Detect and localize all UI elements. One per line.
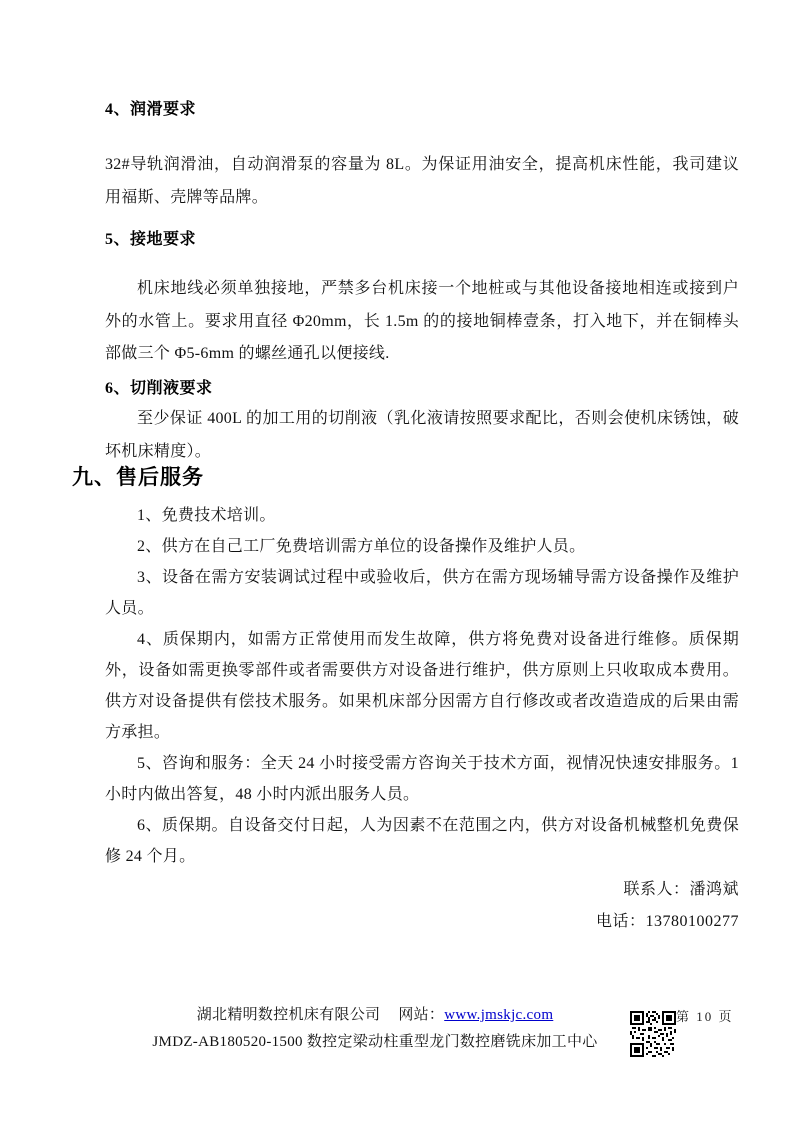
section-body-lubrication: 32#导轨润滑油，自动润滑泵的容量为 8L。为保证用油安全，提高机床性能，我司建… xyxy=(105,149,739,214)
section-heading-lubrication: 4、润滑要求 xyxy=(105,96,196,119)
qr-code xyxy=(630,1011,676,1057)
document-page: 4、润滑要求 32#导轨润滑油，自动润滑泵的容量为 8L。为保证用油安全，提高机… xyxy=(0,0,800,1131)
section-body-grounding: 机床地线必须单独接地，严禁多台机床接一个地桩或与其他设备接地相连或接到户外的水管… xyxy=(105,273,739,371)
footer-website-label: 网站： xyxy=(398,1007,444,1023)
footer: 湖北精明数控机床有限公司网站：www.jmskjc.com JMDZ-AB180… xyxy=(55,1002,695,1056)
section-heading-grounding: 5、接地要求 xyxy=(105,226,196,249)
chapter-heading-after-sales: 九、售后服务 xyxy=(72,461,204,491)
footer-company-name: 湖北精明数控机床有限公司 xyxy=(197,1007,381,1023)
contact-phone: 电话：13780100277 xyxy=(105,906,739,938)
after-sales-item-1: 1、免费技术培训。 xyxy=(105,500,739,531)
section-heading-cutting-fluid: 6、切削液要求 xyxy=(105,375,213,398)
qr-code-image xyxy=(630,1011,676,1057)
after-sales-item-3: 3、设备在需方安装调试过程中或验收后，供方在需方现场辅导需方设备操作及维护人员。 xyxy=(105,562,739,624)
contact-person: 联系人：潘鸿斌 xyxy=(105,874,739,906)
contact-block: 联系人：潘鸿斌 电话：13780100277 xyxy=(105,874,739,938)
footer-website-link[interactable]: www.jmskjc.com xyxy=(444,1007,553,1023)
after-sales-item-6: 6、质保期。自设备交付日起，人为因素不在范围之内，供方对设备机械整机免费保修 2… xyxy=(105,810,739,872)
after-sales-item-5: 5、咨询和服务：全天 24 小时接受需方咨询关于技术方面，视情况快速安排服务。1… xyxy=(105,748,739,810)
after-sales-list: 1、免费技术培训。 2、供方在自己工厂免费培训需方单位的设备操作及维护人员。 3… xyxy=(105,500,739,872)
after-sales-item-2: 2、供方在自己工厂免费培训需方单位的设备操作及维护人员。 xyxy=(105,531,739,562)
after-sales-item-4: 4、质保期内，如需方正常使用而发生故障，供方将免费对设备进行维修。质保期外，设备… xyxy=(105,624,739,748)
footer-product-line: JMDZ-AB180520-1500 数控定梁动柱重型龙门数控磨铣床加工中心 xyxy=(55,1029,695,1056)
footer-company-line: 湖北精明数控机床有限公司网站：www.jmskjc.com xyxy=(55,1002,695,1029)
section-body-cutting-fluid: 至少保证 400L 的加工用的切削液（乳化液请按照要求配比，否则会使机床锈蚀，破… xyxy=(105,403,739,468)
page-number: 第 10 页 xyxy=(676,1006,734,1025)
